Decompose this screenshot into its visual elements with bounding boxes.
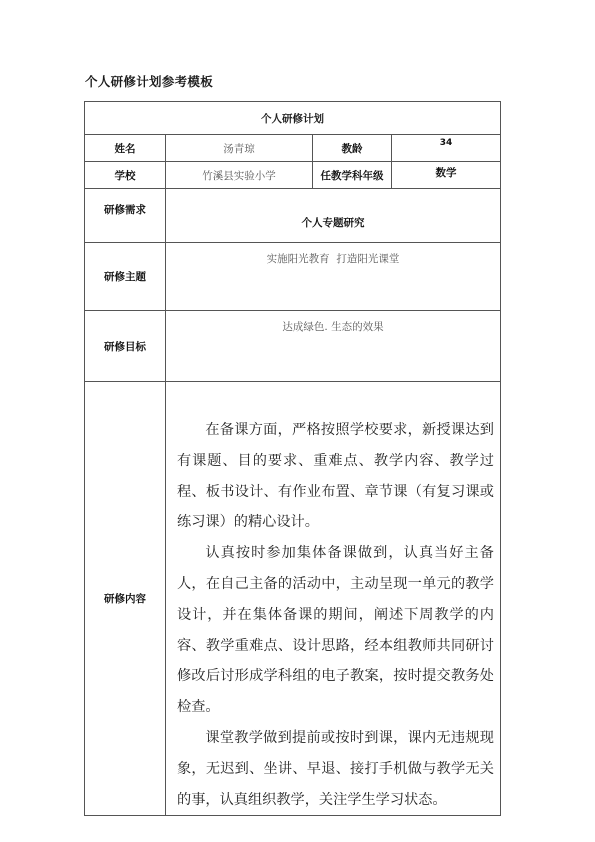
document-title: 个人研修计划参考模板 xyxy=(85,72,213,90)
content-body: 在备课方面，严格按照学校要求，新授课达到有课题、目的要求、重难点、教学内容、教学… xyxy=(166,382,501,816)
subject-grade-label: 任教学科年级 xyxy=(313,162,392,189)
theme-label: 研修主题 xyxy=(85,243,166,311)
table-row-content: 研修内容 在备课方面，严格按照学校要求，新授课达到有课题、目的要求、重难点、教学… xyxy=(85,382,501,816)
subject-grade-value: 数学 xyxy=(392,162,501,189)
needs-label: 研修需求 xyxy=(85,189,166,243)
content-paragraph: 在备课方面，严格按照学校要求，新授课达到有课题、目的要求、重难点、教学内容、教学… xyxy=(177,415,494,538)
table-row-school: 学校 竹溪县实验小学 任教学科年级 数学 xyxy=(85,162,501,189)
content-paragraph: 认真按时参加集体备课做到，认真当好主备人，在自己主备的活动中，主动呈现一单元的教… xyxy=(177,538,494,723)
teaching-years-label: 教龄 xyxy=(313,135,392,162)
school-value: 竹溪县实验小学 xyxy=(166,162,313,189)
table-row-goal: 研修目标 达成绿色. 生态的效果 xyxy=(85,311,501,382)
table-row-theme: 研修主题 实施阳光教育 打造阳光课堂 xyxy=(85,243,501,311)
content-label: 研修内容 xyxy=(85,382,166,816)
theme-value: 实施阳光教育 打造阳光课堂 xyxy=(166,243,501,311)
school-label: 学校 xyxy=(85,162,166,189)
teaching-years-value: 34 xyxy=(392,135,501,162)
name-label: 姓名 xyxy=(85,135,166,162)
table-row-needs: 研修需求 个人专题研究 xyxy=(85,189,501,243)
goal-label: 研修目标 xyxy=(85,311,166,382)
name-value: 汤青琼 xyxy=(166,135,313,162)
table-header-title: 个人研修计划 xyxy=(85,102,501,135)
needs-value: 个人专题研究 xyxy=(166,189,501,243)
research-plan-table: 个人研修计划 姓名 汤青琼 教龄 34 学校 竹溪县实验小学 任教学科年级 数学… xyxy=(84,101,501,816)
table-row-name: 姓名 汤青琼 教龄 34 xyxy=(85,135,501,162)
content-paragraph: 课堂教学做到提前或按时到课，课内无违规现象，无迟到、坐讲、早退、接打手机做与教学… xyxy=(177,723,494,815)
goal-value: 达成绿色. 生态的效果 xyxy=(166,311,501,382)
table-header-row: 个人研修计划 xyxy=(85,102,501,135)
